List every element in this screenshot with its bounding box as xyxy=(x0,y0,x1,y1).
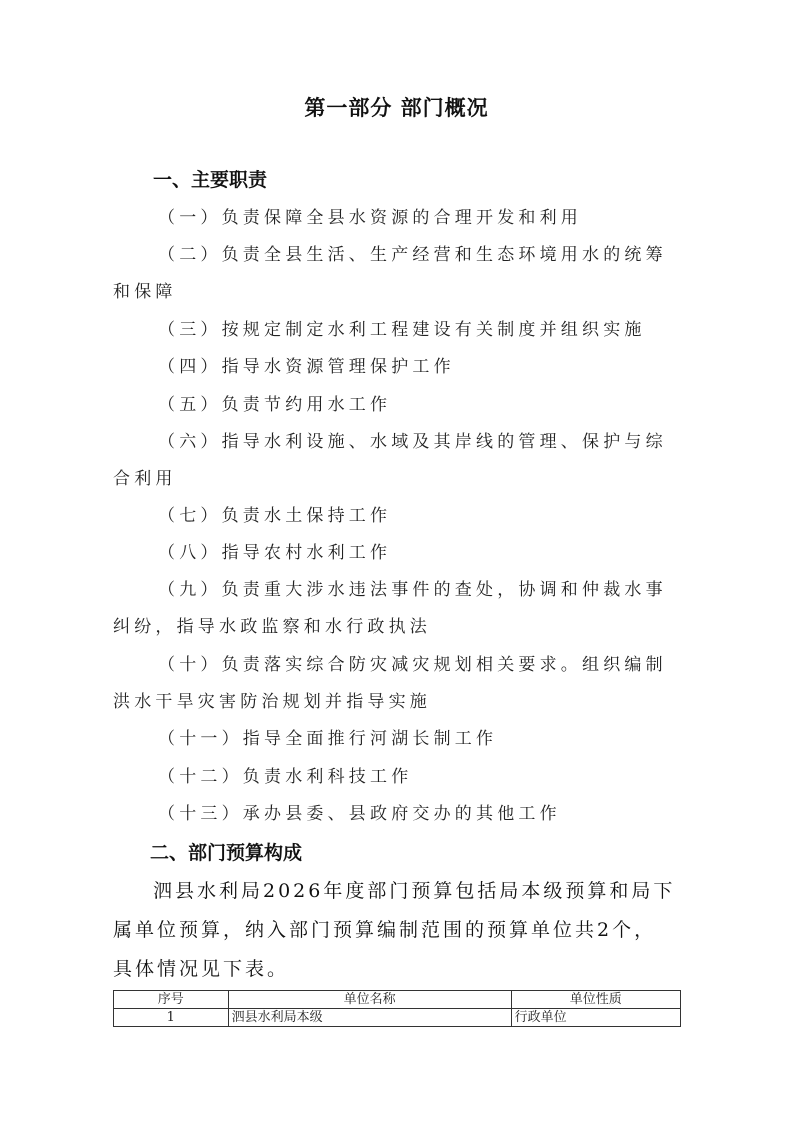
table-row: 1 泗县水利局本级 行政单位 xyxy=(114,1009,681,1027)
section-heading-main-duties: 一、主要职责 xyxy=(153,165,267,192)
duty-line-continuation: 和保障 xyxy=(113,277,177,302)
duty-line: （九）负责重大涉水违法事件的查处，协调和仲裁水事 xyxy=(158,575,667,600)
cell-unit-name: 泗县水利局本级 xyxy=(228,1009,511,1027)
cell-unit-type: 行政单位 xyxy=(511,1009,680,1027)
duty-line: （六）指导水利设施、水域及其岸线的管理、保护与综 xyxy=(158,427,667,452)
duty-line: （三）按规定制定水利工程建设有关制度并组织实施 xyxy=(158,315,646,340)
section-heading-budget-composition: 二、部门预算构成 xyxy=(150,838,302,865)
duty-line: （四）指导水资源管理保护工作 xyxy=(158,352,455,377)
column-header-unit-name: 单位名称 xyxy=(228,991,511,1009)
duty-line: （八）指导农村水利工作 xyxy=(158,538,391,563)
page-title: 第一部分 部门概况 xyxy=(0,92,793,122)
column-header-unit-type: 单位性质 xyxy=(511,991,680,1009)
duty-line: （一）负责保障全县水资源的合理开发和利用 xyxy=(158,203,582,228)
duty-line: （二）负责全县生活、生产经营和生态环境用水的统筹 xyxy=(158,240,667,265)
duty-line: （十三）承办县委、县政府交办的其他工作 xyxy=(158,799,561,824)
duty-line: （七）负责水土保持工作 xyxy=(158,501,391,526)
budget-units-table: 序号 单位名称 单位性质 1 泗县水利局本级 行政单位 xyxy=(113,990,681,1027)
cell-index: 1 xyxy=(114,1009,229,1027)
duty-line: （十）负责落实综合防灾减灾规划相关要求。组织编制 xyxy=(158,650,667,675)
column-header-index: 序号 xyxy=(114,991,229,1009)
budget-paragraph-line: 属单位预算，纳入部门预算编制范围的预算单位共2个， xyxy=(113,915,656,942)
duty-line-continuation: 洪水干旱灾害防治规划并指导实施 xyxy=(113,687,431,712)
budget-paragraph-line: 泗县水利局2026年度部门预算包括局本级预算和局下 xyxy=(153,876,675,903)
duty-line-continuation: 纠纷，指导水政监察和水行政执法 xyxy=(113,612,431,637)
document-page: 第一部分 部门概况 一、主要职责 （一）负责保障全县水资源的合理开发和利用 （二… xyxy=(0,0,793,1122)
duty-line: （十二）负责水利科技工作 xyxy=(158,762,412,787)
budget-paragraph-line: 具体情况见下表。 xyxy=(113,954,289,981)
duty-line: （五）负责节约用水工作 xyxy=(158,390,391,415)
duty-line-continuation: 合利用 xyxy=(113,464,177,489)
duty-line: （十一）指导全面推行河湖长制工作 xyxy=(158,724,497,749)
table-header-row: 序号 单位名称 单位性质 xyxy=(114,991,681,1009)
